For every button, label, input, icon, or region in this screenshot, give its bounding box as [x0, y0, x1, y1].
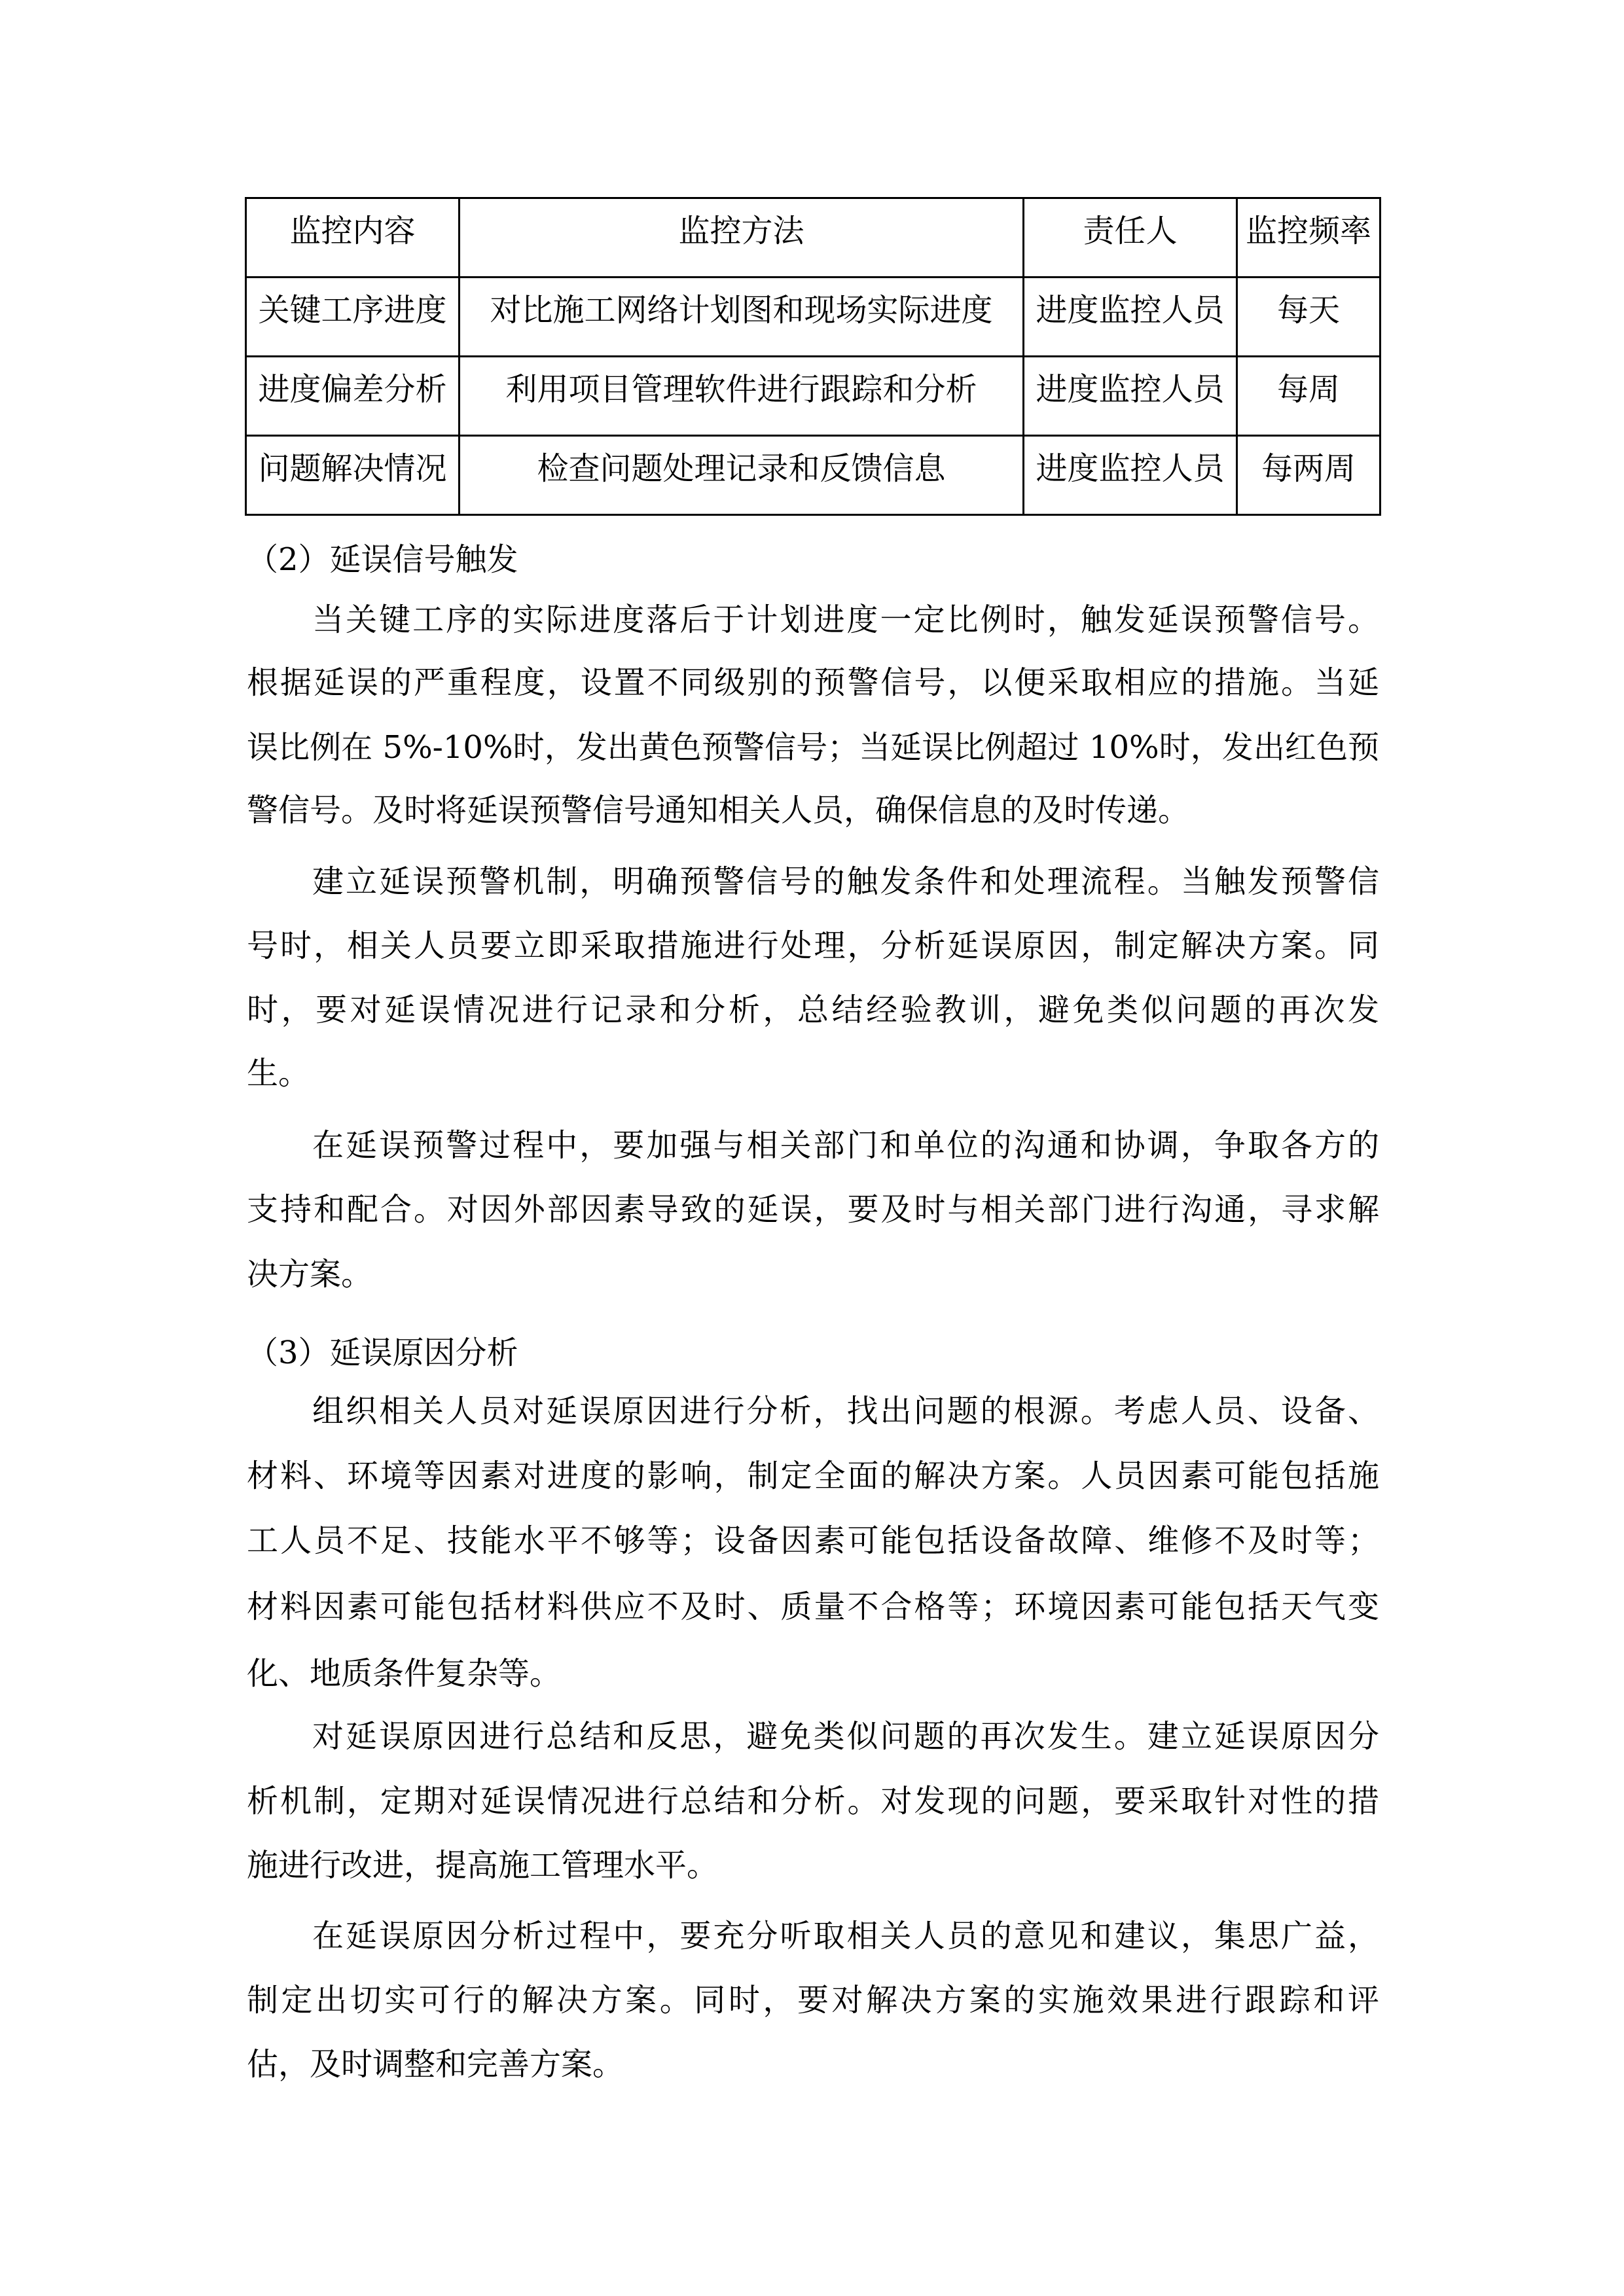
monitoring-table: 监控内容 监控方法 责任人 监控频率 关键工序进度 对比施工网络计划图和现场实际… [245, 197, 1381, 516]
text-line: 估，及时调整和完善方案。 [247, 2032, 1379, 2096]
text-line: 支持和配合。对因外部因素导致的延误，要及时与相关部门进行沟通，寻求解 [247, 1177, 1379, 1242]
header-monitor-method: 监控方法 [460, 198, 1024, 278]
text-line: 警信号。及时将延误预警信号通知相关人员，确保信息的及时传递。 [247, 778, 1379, 842]
cell-frequency: 每天 [1237, 278, 1380, 357]
text-line: 析机制，定期对延误情况进行总结和分析。对发现的问题，要采取针对性的措 [247, 1769, 1379, 1833]
text-line: 决方案。 [247, 1242, 1379, 1306]
table-row: 关键工序进度 对比施工网络计划图和现场实际进度 进度监控人员 每天 [246, 278, 1380, 357]
text-line: 误比例在 5%-10%时，发出黄色预警信号；当延误比例超过 10%时，发出红色预 [247, 715, 1379, 780]
text-line: 制定出切实可行的解决方案。同时，要对解决方案的实施效果进行跟踪和评 [247, 1968, 1379, 2032]
cell-method: 对比施工网络计划图和现场实际进度 [460, 278, 1024, 357]
cell-responsible: 进度监控人员 [1024, 278, 1237, 357]
text-line: 对延误原因进行总结和反思，避免类似问题的再次发生。建立延误原因分 [312, 1704, 1379, 1768]
text-line: 在延误预警过程中，要加强与相关部门和单位的沟通和协调，争取各方的 [312, 1113, 1379, 1177]
text-line: 当关键工序的实际进度落后于计划进度一定比例时，触发延误预警信号。 [312, 588, 1379, 652]
cell-method: 检查问题处理记录和反馈信息 [460, 436, 1024, 515]
header-responsible-person: 责任人 [1024, 198, 1237, 278]
cell-responsible: 进度监控人员 [1024, 436, 1237, 515]
text-line: 时，要对延误情况进行记录和分析，总结经验教训，避免类似问题的再次发 [247, 978, 1379, 1042]
document-page: 监控内容 监控方法 责任人 监控频率 关键工序进度 对比施工网络计划图和现场实际… [0, 0, 1624, 2296]
cell-method: 利用项目管理软件进行跟踪和分析 [460, 357, 1024, 436]
section-heading-delay-signal: （2）延误信号触发 [247, 528, 518, 592]
text-line: 生。 [247, 1041, 1379, 1105]
text-line: 建立延误预警机制，明确预警信号的触发条件和处理流程。当触发预警信 [312, 850, 1379, 914]
text-line: 组织相关人员对延误原因进行分析，找出问题的根源。考虑人员、设备、 [312, 1379, 1379, 1443]
header-monitor-content: 监控内容 [246, 198, 460, 278]
text-line: 在延误原因分析过程中，要充分听取相关人员的意见和建议，集思广益， [312, 1904, 1379, 1968]
table-row: 问题解决情况 检查问题处理记录和反馈信息 进度监控人员 每两周 [246, 436, 1380, 515]
text-line: 根据延误的严重程度，设置不同级别的预警信号，以便采取相应的措施。当延 [247, 651, 1379, 715]
cell-content: 问题解决情况 [246, 436, 460, 515]
cell-content: 关键工序进度 [246, 278, 460, 357]
cell-responsible: 进度监控人员 [1024, 357, 1237, 436]
text-line: 材料因素可能包括材料供应不及时、质量不合格等；环境因素可能包括天气变 [247, 1575, 1379, 1639]
text-line: 施进行改进，提高施工管理水平。 [247, 1833, 1379, 1897]
cell-frequency: 每周 [1237, 357, 1380, 436]
cell-frequency: 每两周 [1237, 436, 1380, 515]
table-header-row: 监控内容 监控方法 责任人 监控频率 [246, 198, 1380, 278]
table-row: 进度偏差分析 利用项目管理软件进行跟踪和分析 进度监控人员 每周 [246, 357, 1380, 436]
text-line: 号时，相关人员要立即采取措施进行处理，分析延误原因，制定解决方案。同 [247, 914, 1379, 978]
text-line: 工人员不足、技能水平不够等；设备因素可能包括设备故障、维修不及时等； [247, 1509, 1379, 1573]
cell-content: 进度偏差分析 [246, 357, 460, 436]
text-line: 化、地质条件复杂等。 [247, 1641, 1379, 1706]
header-monitor-frequency: 监控频率 [1237, 198, 1380, 278]
text-line: 材料、环境等因素对进度的影响，制定全面的解决方案。人员因素可能包括施 [247, 1444, 1379, 1508]
section-heading-delay-cause-analysis: （3）延误原因分析 [247, 1321, 518, 1385]
